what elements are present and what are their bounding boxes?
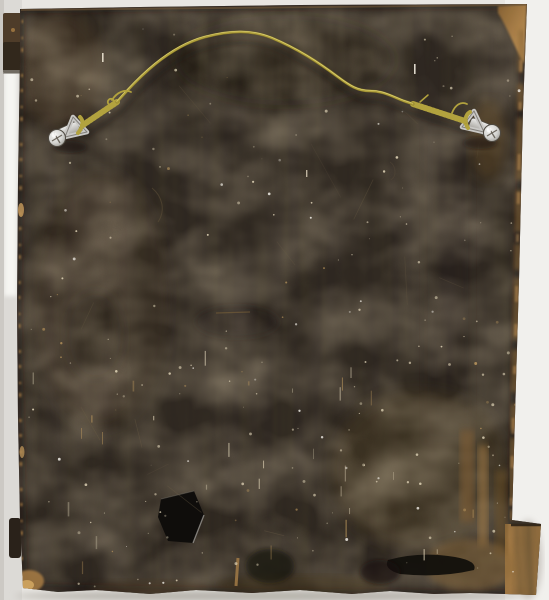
- panel-surface: [10, 0, 549, 600]
- batten-stub-left: [9, 518, 21, 558]
- backdrop-left-highlight: [4, 66, 17, 296]
- white-drip-3: [306, 170, 307, 177]
- hinge-block-wear-dot: [11, 28, 15, 32]
- screw-left-glint: [52, 133, 57, 138]
- tan-streak-2: [478, 445, 488, 545]
- screw-right-glint: [487, 128, 492, 133]
- dark-blob-bottom-2: [360, 560, 400, 584]
- white-drip-1: [102, 53, 104, 62]
- tan-streak-1: [460, 430, 474, 522]
- photo-panel-back: [0, 0, 549, 600]
- tan-streak-3: [495, 470, 507, 555]
- white-drip-2: [414, 64, 416, 74]
- dark-blob-bottom: [246, 549, 294, 583]
- backdrop-left-edge-shade: [0, 0, 4, 600]
- edge-wear-left-spot1: [18, 203, 24, 217]
- edge-wear-left-spot2: [20, 446, 25, 458]
